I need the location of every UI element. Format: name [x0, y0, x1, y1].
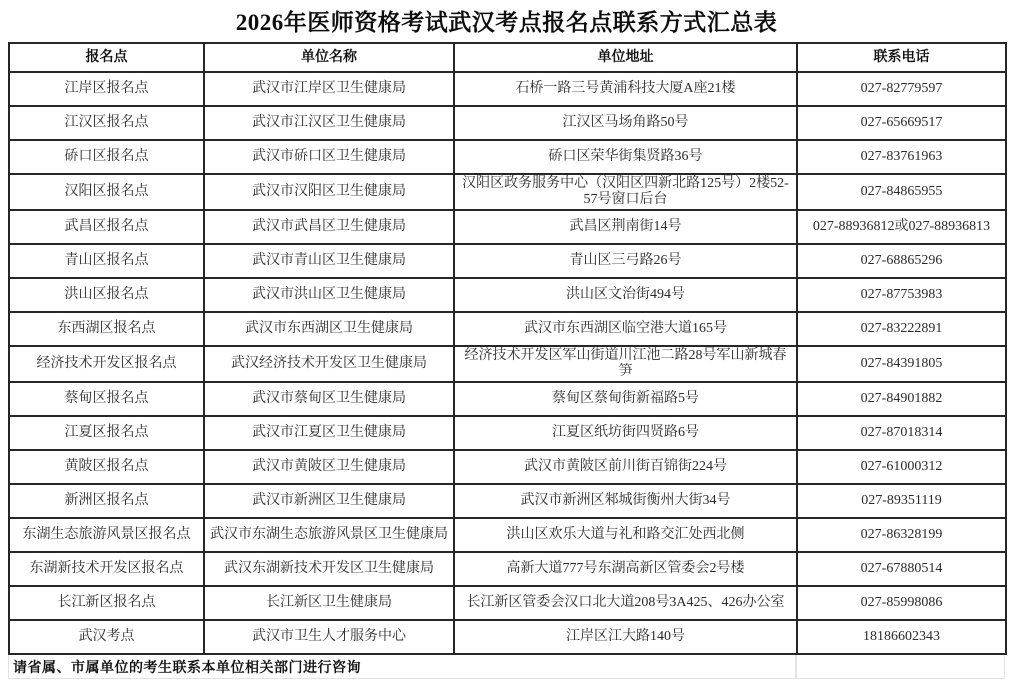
cell-phone: 027-65669517 — [797, 106, 1006, 140]
cell-registration-point: 青山区报名点 — [9, 244, 204, 278]
footer-note-row: 请省属、市属单位的考生联系本单位相关部门进行咨询 — [8, 655, 1005, 679]
footer-note-text: 请省属、市属单位的考生联系本单位相关部门进行咨询 — [9, 657, 361, 677]
header-phone: 联系电话 — [797, 43, 1006, 72]
cell-unit-address: 高新大道777号东湖高新区管委会2号楼 — [454, 552, 797, 586]
table-row: 经济技术开发区报名点武汉经济技术开发区卫生健康局经济技术开发区军山街道川江池二路… — [9, 346, 1006, 382]
cell-unit-name: 武汉市硚口区卫生健康局 — [204, 140, 454, 174]
cell-unit-address: 洪山区欢乐大道与礼和路交汇处西北侧 — [454, 518, 797, 552]
cell-unit-address: 江夏区纸坊街四贤路6号 — [454, 416, 797, 450]
contact-table: 报名点 单位名称 单位地址 联系电话 江岸区报名点武汉市江岸区卫生健康局石桥一路… — [8, 42, 1007, 655]
cell-unit-name: 武汉市江夏区卫生健康局 — [204, 416, 454, 450]
footer-empty-cell — [796, 655, 1005, 679]
table-row: 东湖生态旅游风景区报名点武汉市东湖生态旅游风景区卫生健康局洪山区欢乐大道与礼和路… — [9, 518, 1006, 552]
cell-registration-point: 黄陂区报名点 — [9, 450, 204, 484]
cell-unit-address: 洪山区文治街494号 — [454, 278, 797, 312]
cell-unit-name: 武汉市黄陂区卫生健康局 — [204, 450, 454, 484]
table-header-row: 报名点 单位名称 单位地址 联系电话 — [9, 43, 1006, 72]
cell-phone: 027-87018314 — [797, 416, 1006, 450]
cell-phone: 027-84391805 — [797, 346, 1006, 382]
table-row: 江岸区报名点武汉市江岸区卫生健康局石桥一路三号黄浦科技大厦A座21楼027-82… — [9, 72, 1006, 106]
cell-unit-name: 武汉市东西湖区卫生健康局 — [204, 312, 454, 346]
cell-unit-address: 武汉市新洲区邾城街衡州大街34号 — [454, 484, 797, 518]
cell-unit-name: 武汉市卫生人才服务中心 — [204, 620, 454, 654]
cell-registration-point: 新洲区报名点 — [9, 484, 204, 518]
cell-unit-name: 武汉市青山区卫生健康局 — [204, 244, 454, 278]
table-row: 长江新区报名点长江新区卫生健康局长江新区管委会汉口北大道208号3A425、42… — [9, 586, 1006, 620]
table-row: 东湖新技术开发区报名点武汉东湖新技术开发区卫生健康局高新大道777号东湖高新区管… — [9, 552, 1006, 586]
cell-phone: 027-83222891 — [797, 312, 1006, 346]
cell-unit-name: 武汉市洪山区卫生健康局 — [204, 278, 454, 312]
cell-unit-name: 武汉市汉阳区卫生健康局 — [204, 174, 454, 210]
header-unit-address: 单位地址 — [454, 43, 797, 72]
cell-unit-address: 江岸区江大路140号 — [454, 620, 797, 654]
cell-unit-name: 武汉市江汉区卫生健康局 — [204, 106, 454, 140]
cell-unit-address: 硚口区荣华街集贤路36号 — [454, 140, 797, 174]
table-row: 黄陂区报名点武汉市黄陂区卫生健康局武汉市黄陂区前川街百锦街224号027-610… — [9, 450, 1006, 484]
cell-registration-point: 武昌区报名点 — [9, 210, 204, 244]
cell-unit-name: 武汉市蔡甸区卫生健康局 — [204, 382, 454, 416]
page-title: 2026年医师资格考试武汉考点报名点联系方式汇总表 — [8, 4, 1005, 37]
table-row: 蔡甸区报名点武汉市蔡甸区卫生健康局蔡甸区蔡甸街新福路5号027-84901882 — [9, 382, 1006, 416]
cell-phone: 027-68865296 — [797, 244, 1006, 278]
cell-unit-address: 长江新区管委会汉口北大道208号3A425、426办公室 — [454, 586, 797, 620]
cell-unit-address: 石桥一路三号黄浦科技大厦A座21楼 — [454, 72, 797, 106]
table-row: 武汉考点武汉市卫生人才服务中心江岸区江大路140号18186602343 — [9, 620, 1006, 654]
cell-registration-point: 江汉区报名点 — [9, 106, 204, 140]
cell-unit-address: 武汉市东西湖区临空港大道165号 — [454, 312, 797, 346]
table-row: 江汉区报名点武汉市江汉区卫生健康局江汉区马场角路50号027-65669517 — [9, 106, 1006, 140]
cell-unit-address: 青山区三弓路26号 — [454, 244, 797, 278]
table-head: 报名点 单位名称 单位地址 联系电话 — [9, 43, 1006, 72]
cell-unit-name: 武汉东湖新技术开发区卫生健康局 — [204, 552, 454, 586]
cell-registration-point: 经济技术开发区报名点 — [9, 346, 204, 382]
cell-registration-point: 东西湖区报名点 — [9, 312, 204, 346]
cell-unit-name: 武汉市武昌区卫生健康局 — [204, 210, 454, 244]
cell-registration-point: 江岸区报名点 — [9, 72, 204, 106]
cell-phone: 027-84901882 — [797, 382, 1006, 416]
cell-registration-point: 江夏区报名点 — [9, 416, 204, 450]
cell-phone: 027-85998086 — [797, 586, 1006, 620]
cell-unit-name: 长江新区卫生健康局 — [204, 586, 454, 620]
table-row: 东西湖区报名点武汉市东西湖区卫生健康局武汉市东西湖区临空港大道165号027-8… — [9, 312, 1006, 346]
document-page: 2026年医师资格考试武汉考点报名点联系方式汇总表 报名点 单位名称 单位地址 … — [0, 0, 1013, 679]
cell-registration-point: 硚口区报名点 — [9, 140, 204, 174]
cell-registration-point: 长江新区报名点 — [9, 586, 204, 620]
header-unit-name: 单位名称 — [204, 43, 454, 72]
cell-phone: 027-84865955 — [797, 174, 1006, 210]
cell-unit-address: 武汉市黄陂区前川街百锦街224号 — [454, 450, 797, 484]
cell-phone: 027-82779597 — [797, 72, 1006, 106]
table-body: 江岸区报名点武汉市江岸区卫生健康局石桥一路三号黄浦科技大厦A座21楼027-82… — [9, 72, 1006, 654]
table-row: 青山区报名点武汉市青山区卫生健康局青山区三弓路26号027-68865296 — [9, 244, 1006, 278]
cell-unit-address: 江汉区马场角路50号 — [454, 106, 797, 140]
cell-registration-point: 蔡甸区报名点 — [9, 382, 204, 416]
table-row: 武昌区报名点武汉市武昌区卫生健康局武昌区荆南街14号027-88936812或0… — [9, 210, 1006, 244]
cell-unit-name: 武汉市新洲区卫生健康局 — [204, 484, 454, 518]
cell-registration-point: 武汉考点 — [9, 620, 204, 654]
cell-registration-point: 东湖生态旅游风景区报名点 — [9, 518, 204, 552]
cell-unit-address: 汉阳区政务服务中心（汉阳区四新北路125号）2楼52-57号窗口后台 — [454, 174, 797, 210]
cell-unit-address: 经济技术开发区军山街道川江池二路28号军山新城春笋 — [454, 346, 797, 382]
cell-phone: 027-86328199 — [797, 518, 1006, 552]
table-row: 汉阳区报名点武汉市汉阳区卫生健康局汉阳区政务服务中心（汉阳区四新北路125号）2… — [9, 174, 1006, 210]
cell-registration-point: 洪山区报名点 — [9, 278, 204, 312]
footer-note-cell: 请省属、市属单位的考生联系本单位相关部门进行咨询 — [8, 655, 796, 679]
cell-unit-address: 蔡甸区蔡甸街新福路5号 — [454, 382, 797, 416]
cell-registration-point: 汉阳区报名点 — [9, 174, 204, 210]
cell-phone: 027-88936812或027-88936813 — [797, 210, 1006, 244]
table-row: 硚口区报名点武汉市硚口区卫生健康局硚口区荣华街集贤路36号027-8376196… — [9, 140, 1006, 174]
table-row: 新洲区报名点武汉市新洲区卫生健康局武汉市新洲区邾城街衡州大街34号027-893… — [9, 484, 1006, 518]
cell-unit-address: 武昌区荆南街14号 — [454, 210, 797, 244]
cell-registration-point: 东湖新技术开发区报名点 — [9, 552, 204, 586]
cell-phone: 027-89351119 — [797, 484, 1006, 518]
cell-phone: 027-67880514 — [797, 552, 1006, 586]
cell-phone: 027-87753983 — [797, 278, 1006, 312]
cell-phone: 18186602343 — [797, 620, 1006, 654]
table-row: 江夏区报名点武汉市江夏区卫生健康局江夏区纸坊街四贤路6号027-87018314 — [9, 416, 1006, 450]
cell-unit-name: 武汉市江岸区卫生健康局 — [204, 72, 454, 106]
cell-phone: 027-83761963 — [797, 140, 1006, 174]
cell-unit-name: 武汉市东湖生态旅游风景区卫生健康局 — [204, 518, 454, 552]
cell-phone: 027-61000312 — [797, 450, 1006, 484]
table-row: 洪山区报名点武汉市洪山区卫生健康局洪山区文治街494号027-87753983 — [9, 278, 1006, 312]
header-registration-point: 报名点 — [9, 43, 204, 72]
cell-unit-name: 武汉经济技术开发区卫生健康局 — [204, 346, 454, 382]
